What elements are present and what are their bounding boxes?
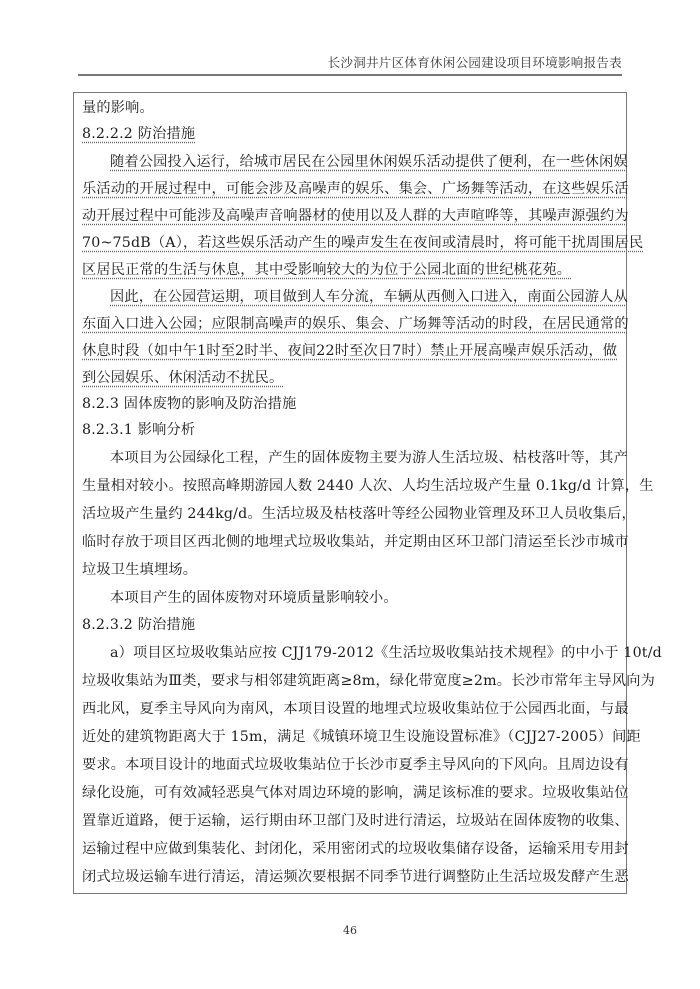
section-heading: 8.2.3 固体废物的影响及防治措施: [82, 393, 296, 413]
page-number: 46: [0, 924, 700, 937]
paragraph-line: 绿化设施，可有效减轻恶臭气体对周边环境的影响，满足该标准的要求。垃圾收集站位: [82, 782, 629, 802]
content-frame: 量的影响。8.2.2.2 防治措施随着公园投入运行，给城市居民在公园里休闲娱乐活…: [73, 92, 627, 894]
paragraph-line: 垃圾收集站为Ⅲ类，要求与相邻建筑距离≥8m，绿化带宽度≥2m。长沙市常年主导风向…: [82, 670, 655, 690]
paragraph-line: 量的影响。: [82, 97, 154, 117]
paragraph-line: 活垃圾产生量约 244kg/d。生活垃圾及枯枝落叶等经公园物业管理及环卫人员收集…: [82, 503, 636, 523]
paragraph-line: 垃圾卫生填埋场。: [82, 559, 197, 579]
paragraph-line: 乐活动的开展过程中，可能会涉及高噪声的娱乐、集会、广场舞等活动，在这些娱乐活: [82, 178, 629, 198]
paragraph-line: 要求。本项目设计的地面式垃圾收集站位于长沙市夏季主导风向的下风向。且周边设有: [82, 754, 629, 774]
document-header-title: 长沙洞井片区体育休闲公园建设项目环境影响报告表: [328, 53, 622, 71]
paragraph-line: 东面入口进入公园；应限制高噪声的娱乐、集会、广场舞等活动的时段，在居民通常的: [82, 313, 629, 333]
paragraph-line: 到公园娱乐、休闲活动不扰民。: [82, 367, 283, 387]
section-heading: 8.2.2.2 防治措施: [82, 123, 195, 143]
paragraph-line: 生量相对较小。按照高峰期游园人数 2440 人次、人均生活垃圾产生量 0.1kg…: [82, 475, 654, 495]
paragraph-line: 随着公园投入运行，给城市居民在公园里休闲娱乐活动提供了便利，在一些休闲娱: [110, 151, 628, 171]
paragraph-line: 本项目为公园绿化工程，产生的固体废物主要为游人生活垃圾、枯枝落叶等，其产: [110, 447, 628, 467]
paragraph-line: 休息时段（如中午1时至2时半、夜间22时至次日7时）禁止开展高噪声娱乐活动，做: [82, 340, 617, 360]
header-divider: [78, 74, 622, 76]
section-heading: 8.2.3.1 影响分析: [82, 419, 195, 439]
paragraph-line: 置靠近道路，便于运输，运行期由环卫部门及时进行清运，垃圾站在固体废物的收集、: [82, 810, 629, 830]
paragraph-line: a）项目区垃圾收集站应按 CJJ179-2012《生活垃圾收集站技术规程》的中小…: [110, 642, 662, 662]
paragraph-line: 临时存放于项目区西北侧的地埋式垃圾收集站，并定期由区环卫部门清运至长沙市城市: [82, 531, 629, 551]
paragraph-line: 本项目产生的固体废物对环境质量影响较小。: [110, 587, 398, 607]
paragraph-line: 闭式垃圾运输车进行清运，清运频次要根据不同季节进行调整防止生活垃圾发酵产生恶: [82, 866, 629, 886]
paragraph-line: 70~75dB（A），若这些娱乐活动产生的噪声发生在夜间或清晨时，将可能干扰周围…: [82, 232, 643, 252]
paragraph-line: 近处的建筑物距离大于 15m，满足《城镇环境卫生设施设置标准》（CJJ27-20…: [82, 726, 641, 746]
paragraph-line: 区居民正常的生活与休息，其中受影响较大的为位于公园北面的世纪桃花苑。: [82, 259, 571, 279]
paragraph-line: 动开展过程中可能涉及高噪声音响器材的使用以及人群的大声喧哗等，其噪声源强约为: [82, 205, 629, 225]
paragraph-line: 运输过程中应做到集装化、封闭化，采用密闭式的垃圾收集储存设备，运输采用专用封: [82, 838, 629, 858]
paragraph-line: 西北风，夏季主导风向为南风，本项目设置的地埋式垃圾收集站位于公园西北面，与最: [82, 698, 629, 718]
paragraph-line: 因此，在公园营运期，项目做到人车分流，车辆从西侧入口进入，南面公园游人从: [110, 286, 628, 306]
section-heading: 8.2.3.2 防治措施: [82, 614, 195, 634]
